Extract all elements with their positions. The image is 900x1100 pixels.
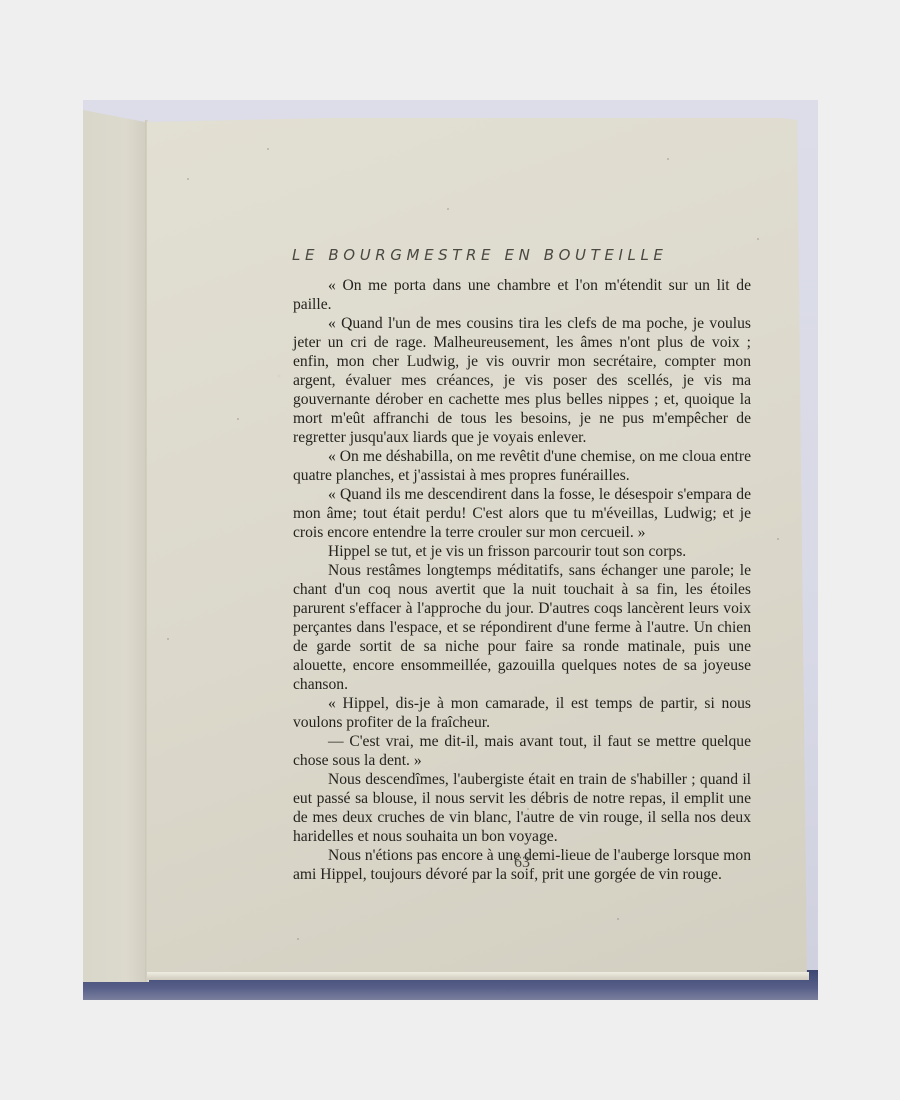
paragraph: Hippel se tut, et je vis un frisson parc… (293, 542, 751, 561)
paragraph: Nous restâmes longtemps méditatifs, sans… (293, 561, 751, 694)
paragraph: Nous descendîmes, l'aubergiste était en … (293, 770, 751, 846)
page-number: 63 (507, 854, 537, 872)
paragraph: « Quand l'un de mes cousins tira les cle… (293, 314, 751, 447)
book-photo: LE BOURGMESTRE EN BOUTEILLE « On me port… (83, 100, 818, 1000)
page-edge (147, 972, 809, 980)
running-head: LE BOURGMESTRE EN BOUTEILLE (292, 246, 722, 264)
body-text: « On me porta dans une chambre et l'on m… (293, 276, 751, 884)
paragraph: « On me porta dans une chambre et l'on m… (293, 276, 751, 314)
paragraph: « Quand ils me descendirent dans la foss… (293, 485, 751, 542)
right-page: LE BOURGMESTRE EN BOUTEILLE « On me port… (147, 118, 807, 978)
paragraph: — C'est vrai, me dit-il, mais avant tout… (293, 732, 751, 770)
left-page (83, 110, 145, 982)
paragraph: « On me déshabilla, on me revêtit d'une … (293, 447, 751, 485)
paragraph: « Hippel, dis-je à mon camarade, il est … (293, 694, 751, 732)
